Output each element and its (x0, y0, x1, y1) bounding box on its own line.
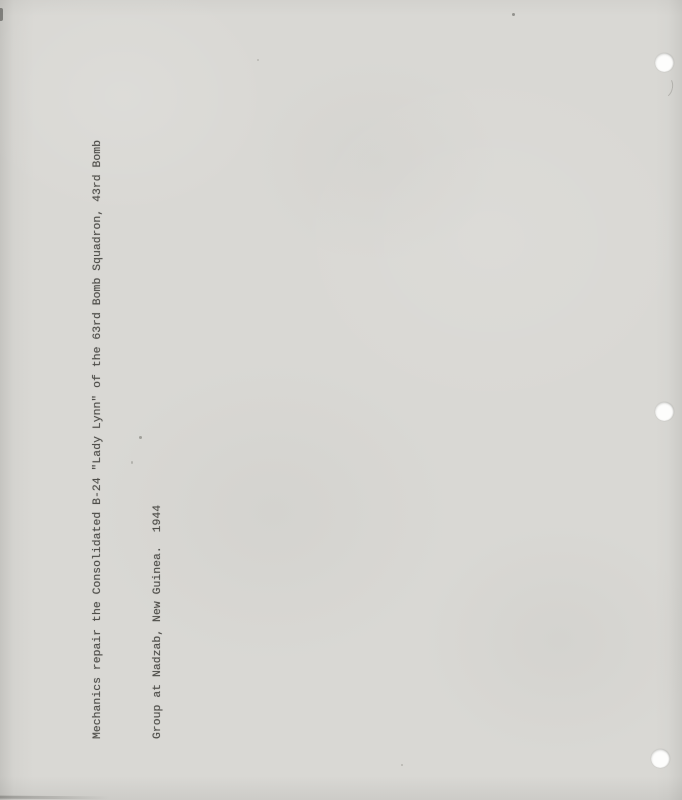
punch-hole-top (655, 53, 674, 72)
caption-line-1: Mechanics repair the Consolidated B-24 "… (88, 99, 108, 739)
photo-caption: Mechanics repair the Consolidated B-24 "… (48, 99, 208, 739)
paper-speck (512, 13, 515, 16)
pencil-mark (655, 75, 675, 100)
punch-hole-bottom (651, 749, 670, 768)
paper-speck (401, 764, 403, 766)
caption-line-2: Group at Nadzab, New Guinea. 1944 (148, 99, 168, 739)
paper-speck (257, 59, 259, 61)
scan-edge-shadow (0, 796, 110, 800)
scanned-document-page: Mechanics repair the Consolidated B-24 "… (0, 0, 682, 800)
scan-edge-mark (0, 8, 3, 21)
punch-hole-middle (655, 402, 674, 421)
